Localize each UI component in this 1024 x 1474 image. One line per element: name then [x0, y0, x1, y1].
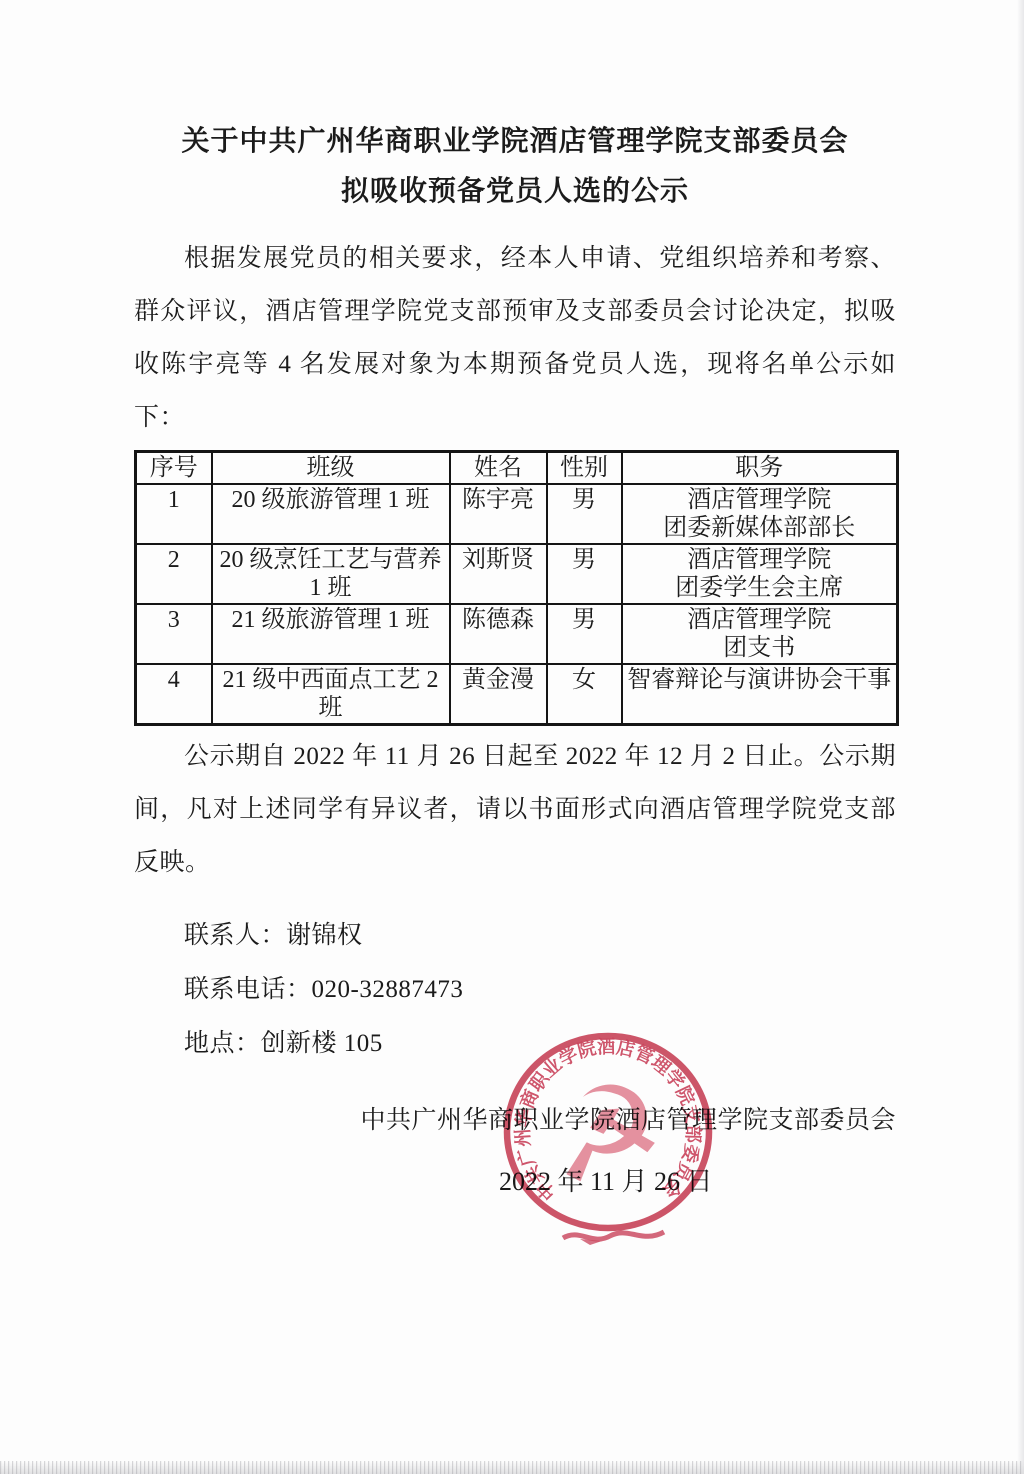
cell-class: 20 级旅游管理 1 班 [212, 484, 450, 544]
scanned-document-page: 关于中共广州华商职业学院酒店管理学院支部委员会 拟吸收预备党员人选的公示 根据发… [0, 0, 1024, 1474]
header-姓名: 姓名 [450, 452, 547, 484]
header-职务: 职务 [622, 452, 898, 484]
position-line: 酒店管理学院 [627, 486, 893, 514]
cell-name: 陈德森 [450, 604, 547, 664]
cell-name: 黄金漫 [450, 664, 547, 725]
position-line: 团支书 [627, 634, 893, 662]
intro-paragraph: 根据发展党员的相关要求，经本人申请、党组织培养和考察、群众评议，酒店管理学院党支… [134, 232, 896, 444]
scan-edge-artifact-right [1017, 0, 1024, 1474]
contact-person: 联系人：谢锦权 [134, 909, 896, 963]
party-seal-stamp: 中共广州华商职业学院酒店管理学院支部委员会 ☭ [463, 985, 753, 1295]
cell-name: 陈宇亮 [450, 484, 547, 544]
cell-class: 21 级旅游管理 1 班 [212, 604, 450, 664]
cell-name: 刘斯贤 [450, 544, 547, 604]
candidate-roster-table: 序号 班级 姓名 性别 职务 1 20 级旅游管理 1 班 陈宇亮 男 酒店管理… [134, 450, 899, 726]
cell-position: 酒店管理学院 团支书 [622, 604, 898, 664]
cell-position: 酒店管理学院 团委新媒体部部长 [622, 484, 898, 544]
cell-position: 酒店管理学院 团委学生会主席 [622, 544, 898, 604]
table-row: 4 21 级中西面点工艺 2 班 黄金漫 女 智睿辩论与演讲协会干事 [136, 664, 898, 725]
cell-no: 3 [136, 604, 212, 664]
position-line: 酒店管理学院 [627, 546, 893, 574]
hammer-sickle-icon: ☭ [541, 1053, 673, 1214]
position-line: 团委新媒体部部长 [627, 514, 893, 542]
party-seal-svg: 中共广州华商职业学院酒店管理学院支部委员会 ☭ [463, 985, 753, 1295]
cell-gender: 男 [547, 604, 622, 664]
cell-no: 2 [136, 544, 212, 604]
cell-gender: 男 [547, 544, 622, 604]
cell-position: 智睿辩论与演讲协会干事 [622, 664, 898, 725]
table-row: 1 20 级旅游管理 1 班 陈宇亮 男 酒店管理学院 团委新媒体部部长 [136, 484, 898, 544]
notice-period-paragraph: 公示期自 2022 年 11 月 26 日起至 2022 年 12 月 2 日止… [134, 730, 896, 889]
document-title-line2: 拟吸收预备党员人选的公示 [134, 166, 896, 216]
ink-smudge [563, 1232, 664, 1239]
cell-no: 1 [136, 484, 212, 544]
document-title-line1: 关于中共广州华商职业学院酒店管理学院支部委员会 [134, 116, 896, 166]
table-row: 3 21 级旅游管理 1 班 陈德森 男 酒店管理学院 团支书 [136, 604, 898, 664]
cell-gender: 女 [547, 664, 622, 725]
cell-no: 4 [136, 664, 212, 725]
header-班级: 班级 [212, 452, 450, 484]
cell-class: 21 级中西面点工艺 2 班 [212, 664, 450, 725]
position-line: 智睿辩论与演讲协会干事 [627, 666, 893, 694]
table-header-row: 序号 班级 姓名 性别 职务 [136, 452, 898, 484]
cell-class: 20 级烹饪工艺与营养 1 班 [212, 544, 450, 604]
document-content: 关于中共广州华商职业学院酒店管理学院支部委员会 拟吸收预备党员人选的公示 根据发… [134, 0, 896, 1071]
position-line: 酒店管理学院 [627, 606, 893, 634]
header-性别: 性别 [547, 452, 622, 484]
header-序号: 序号 [136, 452, 212, 484]
position-line: 团委学生会主席 [627, 574, 893, 602]
table-row: 2 20 级烹饪工艺与营养 1 班 刘斯贤 男 酒店管理学院 团委学生会主席 [136, 544, 898, 604]
cell-gender: 男 [547, 484, 622, 544]
scan-edge-artifact-bottom [0, 1461, 1024, 1474]
